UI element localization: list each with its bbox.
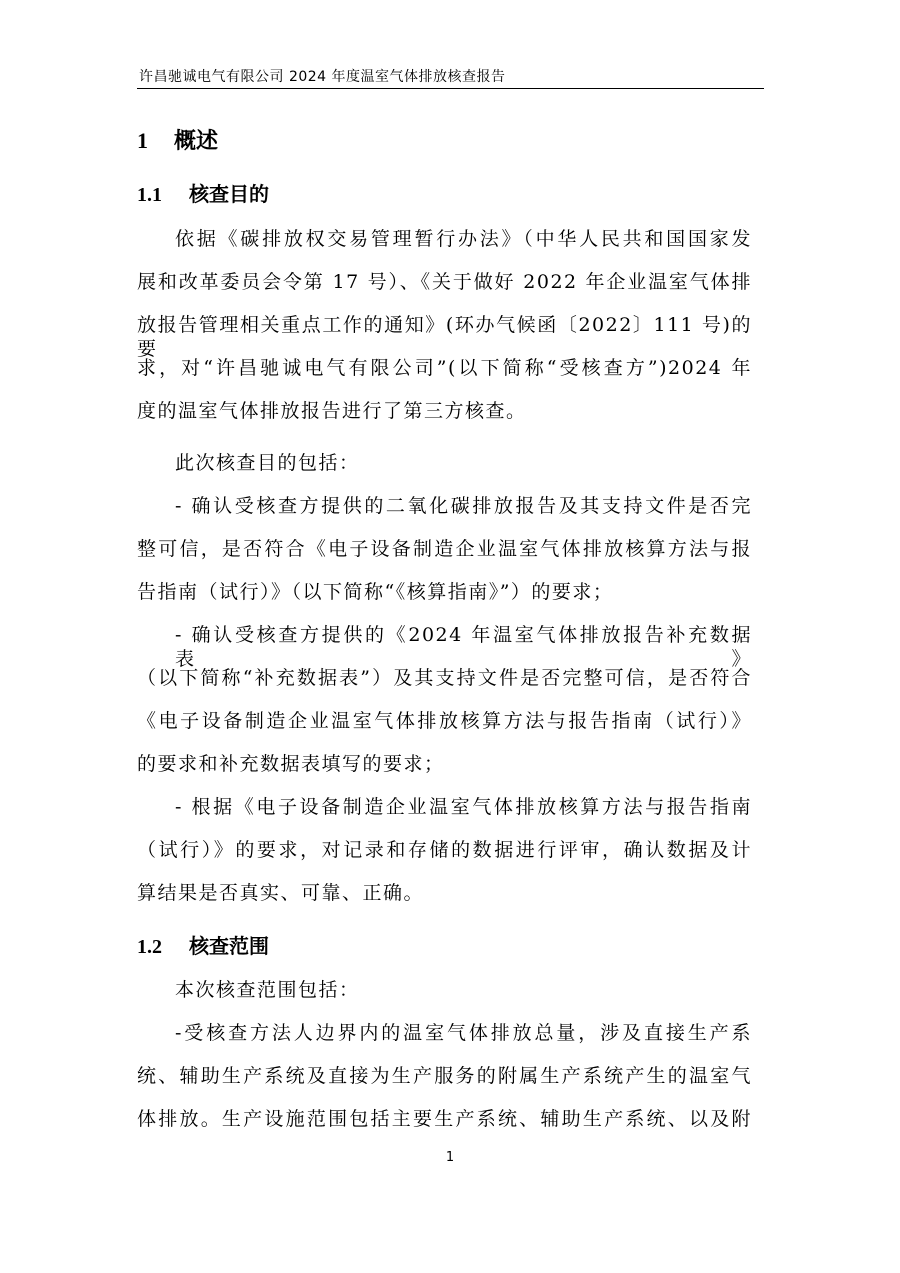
section-heading-1: 1概述: [137, 124, 218, 155]
bullet-line: 体排放。生产设施范围包括主要生产系统、辅助生产系统、以及附: [137, 1107, 752, 1131]
bullet-line: 整可信，是否符合《电子设备制造企业温室气体排放核算方法与报: [137, 537, 752, 561]
bullet-line: - 确认受核查方提供的《2024 年温室气体排放报告补充数据表》: [175, 623, 752, 671]
bullet-line: 算结果是否真实、可靠、正确。: [137, 881, 752, 905]
header-title: 许昌驰诚电气有限公司 2024 年度温室气体排放核查报告: [139, 66, 506, 86]
bullet-line: （以下简称“补充数据表”）及其支持文件是否完整可信，是否符合: [137, 666, 752, 690]
section-title: 概述: [174, 128, 218, 154]
paragraph-line: 此次核查目的包括：: [175, 451, 752, 475]
paragraph-line: 展和改革委员会令第 17 号）、《关于做好 2022 年企业温室气体排: [137, 270, 752, 294]
paragraph-line: 度的温室气体排放报告进行了第三方核查。: [137, 399, 752, 423]
section-number: 1: [137, 128, 174, 154]
paragraph-line: 放报告管理相关重点工作的通知》(环办气候函〔2022〕111 号)的要: [137, 313, 752, 361]
bullet-line: - 根据《电子设备制造企业温室气体排放核算方法与报告指南: [175, 795, 752, 819]
bullet-line: 的要求和补充数据表填写的要求；: [137, 752, 752, 776]
section-number: 1.2: [137, 936, 189, 959]
section-title: 核查目的: [189, 182, 269, 206]
bullet-line: （试行）》的要求，对记录和存储的数据进行评审，确认数据及计: [137, 838, 752, 862]
bullet-line: - 确认受核查方提供的二氧化碳排放报告及其支持文件是否完: [175, 494, 752, 518]
paragraph-line: 求，对“许昌驰诚电气有限公司”(以下简称“受核查方”)2024 年: [137, 356, 752, 380]
bullet-line: 《电子设备制造企业温室气体排放核算方法与报告指南（试行）》: [137, 709, 752, 733]
page-number: 1: [0, 1150, 900, 1165]
bullet-line: -受核查方法人边界内的温室气体排放总量，涉及直接生产系: [175, 1021, 752, 1045]
section-number: 1.1: [137, 184, 189, 207]
bullet-line: 告指南（试行）》（以下简称“《核算指南》”）的要求；: [137, 580, 752, 604]
section-title: 核查范围: [189, 934, 269, 958]
page-header: 许昌驰诚电气有限公司 2024 年度温室气体排放核查报告: [137, 64, 764, 89]
paragraph-line: 依据《碳排放权交易管理暂行办法》（中华人民共和国国家发: [175, 227, 752, 251]
paragraph-line: 本次核查范围包括：: [175, 978, 752, 1002]
bullet-line: 统、辅助生产系统及直接为生产服务的附属生产系统产生的温室气: [137, 1064, 752, 1088]
section-heading-1-2: 1.2核查范围: [137, 930, 269, 959]
section-heading-1-1: 1.1核查目的: [137, 178, 269, 207]
document-page: 许昌驰诚电气有限公司 2024 年度温室气体排放核查报告 1概述 1.1核查目的…: [0, 0, 900, 1273]
